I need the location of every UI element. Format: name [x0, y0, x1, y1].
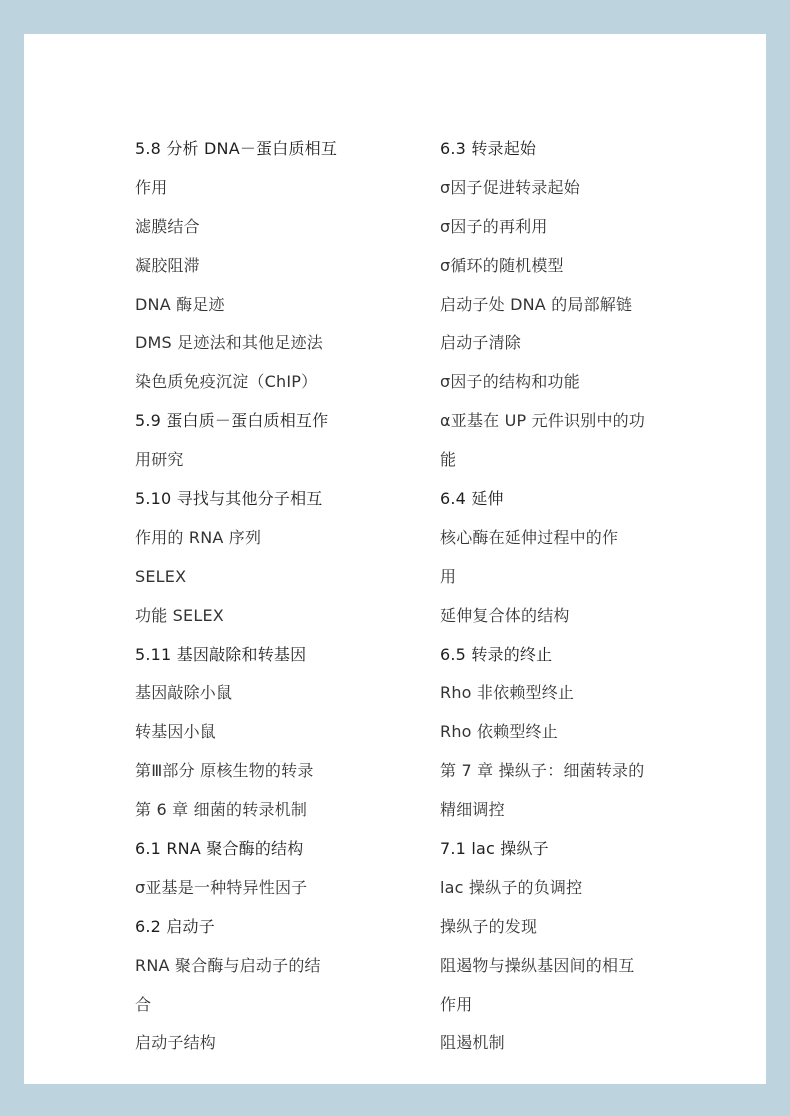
toc-entry: 启动子清除 [440, 332, 700, 371]
toc-entry: 精细调控 [440, 799, 700, 838]
toc-right-column: 6.3 转录起始 σ因子促进转录起始 σ因子的再利用 σ循环的随机模型 启动子处… [440, 138, 700, 1071]
toc-entry: Rho 依赖型终止 [440, 721, 700, 760]
toc-entry: 滤膜结合 [135, 216, 395, 255]
toc-entry: 5.10 寻找与其他分子相互 [135, 488, 395, 527]
toc-entry: 染色质免疫沉淀（ChIP） [135, 371, 395, 410]
toc-entry: 启动子结构 [135, 1032, 395, 1071]
toc-entry: 核心酶在延伸过程中的作 [440, 527, 700, 566]
toc-entry: 6.5 转录的终止 [440, 644, 700, 683]
toc-entry: lac 操纵子的负调控 [440, 877, 700, 916]
toc-entry: 操纵子的发现 [440, 916, 700, 955]
toc-entry: σ循环的随机模型 [440, 255, 700, 294]
toc-entry: σ因子的再利用 [440, 216, 700, 255]
toc-entry: 5.11 基因敲除和转基因 [135, 644, 395, 683]
toc-entry: 第Ⅲ部分 原核生物的转录 [135, 760, 395, 799]
toc-entry: DMS 足迹法和其他足迹法 [135, 332, 395, 371]
toc-entry: 启动子处 DNA 的局部解链 [440, 294, 700, 333]
toc-entry: σ亚基是一种特异性因子 [135, 877, 395, 916]
toc-entry: 6.4 延伸 [440, 488, 700, 527]
document-page: 5.8 分析 DNA－蛋白质相互 作用 滤膜结合 凝胶阻滞 DNA 酶足迹 DM… [24, 34, 766, 1084]
toc-entry: 凝胶阻滞 [135, 255, 395, 294]
toc-entry: 5.8 分析 DNA－蛋白质相互 [135, 138, 395, 177]
toc-entry: 6.3 转录起始 [440, 138, 700, 177]
toc-entry: σ因子的结构和功能 [440, 371, 700, 410]
toc-entry: 用 [440, 566, 700, 605]
toc-entry: 作用 [135, 177, 395, 216]
toc-entry: 能 [440, 449, 700, 488]
toc-entry: DNA 酶足迹 [135, 294, 395, 333]
toc-entry: 6.1 RNA 聚合酶的结构 [135, 838, 395, 877]
toc-entry: σ因子促进转录起始 [440, 177, 700, 216]
toc-entry: 5.9 蛋白质－蛋白质相互作 [135, 410, 395, 449]
toc-entry: 基因敲除小鼠 [135, 682, 395, 721]
toc-entry: 延伸复合体的结构 [440, 605, 700, 644]
toc-entry: 第 6 章 细菌的转录机制 [135, 799, 395, 838]
toc-entry: SELEX [135, 566, 395, 605]
toc-entry: 转基因小鼠 [135, 721, 395, 760]
toc-entry: 阻遏机制 [440, 1032, 700, 1071]
toc-left-column: 5.8 分析 DNA－蛋白质相互 作用 滤膜结合 凝胶阻滞 DNA 酶足迹 DM… [135, 138, 395, 1071]
toc-entry: 第 7 章 操纵子：细菌转录的 [440, 760, 700, 799]
toc-entry: 7.1 lac 操纵子 [440, 838, 700, 877]
toc-entry: Rho 非依赖型终止 [440, 682, 700, 721]
toc-entry: α亚基在 UP 元件识别中的功 [440, 410, 700, 449]
toc-entry: 合 [135, 994, 395, 1033]
toc-entry: 用研究 [135, 449, 395, 488]
toc-entry: 作用的 RNA 序列 [135, 527, 395, 566]
toc-entry: 阻遏物与操纵基因间的相互 [440, 955, 700, 994]
toc-entry: 作用 [440, 994, 700, 1033]
toc-entry: 功能 SELEX [135, 605, 395, 644]
toc-entry: 6.2 启动子 [135, 916, 395, 955]
toc-entry: RNA 聚合酶与启动子的结 [135, 955, 395, 994]
